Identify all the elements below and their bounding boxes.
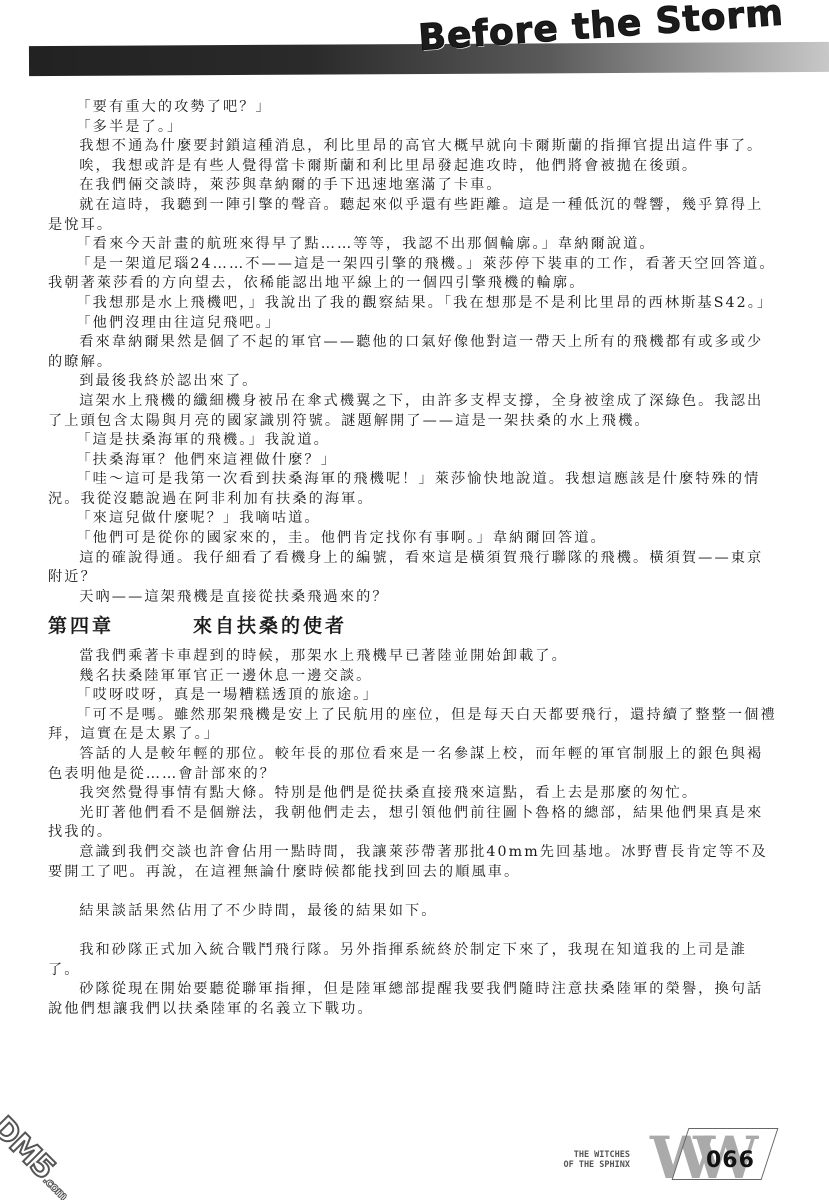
- chapter-title: 來自扶桑的使者: [193, 617, 347, 637]
- paragraph: 當我們乘著卡車趕到的時候，那架水上飛機早已著陸並開始卸載了。: [48, 647, 778, 667]
- series-subtitle: THE WITCHES OF THE SPHINX: [540, 1150, 630, 1170]
- paragraph: 答話的人是較年輕的那位。較年長的那位看來是一名參謀上校，而年輕的軍官制服上的銀色…: [48, 745, 778, 784]
- paragraph: 「他們可是從你的國家來的，圭。他們肯定找你有事啊。」韋納爾回答道。: [48, 529, 778, 549]
- paragraph: 「可不是嗎。雖然那架飛機是安上了民航用的座位，但是每天白天都要飛行，還持續了整整…: [48, 706, 778, 745]
- chapter-number: 第四章: [48, 617, 193, 637]
- page-number: 066: [706, 1148, 755, 1173]
- series-line-2: OF THE SPHINX: [540, 1160, 630, 1170]
- paragraph: 意識到我們交談也許會佔用一點時間，我讓萊莎帶著那批40mm先回基地。冰野曹長肯定…: [48, 843, 778, 882]
- paragraph: 這架水上飛機的纖細機身被吊在傘式機翼之下，由許多支桿支撐，全身被塗成了深綠色。我…: [48, 392, 778, 431]
- paragraph: 我和砂隊正式加入統合戰鬥飛行隊。另外指揮系統終於制定下來了，我現在知道我的上司是…: [48, 941, 778, 980]
- paragraph: 「這是扶桑海軍的飛機。」我說道。: [48, 431, 778, 451]
- paragraph: 砂隊從現在開始要聽從聯軍指揮，但是陸軍總部提醒我要我們隨時注意扶桑陸軍的榮譽，換…: [48, 980, 778, 1019]
- paragraph: 就在這時，我聽到一陣引擎的聲音。聽起來似乎還有些距離。這是一種低沉的聲響，幾乎算…: [48, 196, 778, 235]
- chapter-heading: 第四章 來自扶桑的使者: [48, 617, 778, 637]
- paragraph: 看來韋納爾果然是個了不起的軍官——聽他的口氣好像他對這一帶天上所有的飛機都有或多…: [48, 333, 778, 372]
- paragraph: 到最後我終於認出來了。: [48, 372, 778, 392]
- page-body: 「要有重大的攻勢了吧？」「多半是了。」我想不通為什麼要封鎖這種消息，利比里昂的高…: [48, 98, 778, 1019]
- paragraph: 「扶桑海軍？他們來這裡做什麼？」: [48, 451, 778, 471]
- paragraphs-part1: 「要有重大的攻勢了吧？」「多半是了。」我想不通為什麼要封鎖這種消息，利比里昂的高…: [48, 98, 778, 607]
- paragraphs-part2: 當我們乘著卡車趕到的時候，那架水上飛機早已著陸並開始卸載了。幾名扶桑陸軍軍官正一…: [48, 647, 778, 1019]
- paragraph: 結果談話果然佔用了不少時間，最後的結果如下。: [48, 902, 778, 922]
- paragraph: 「來這兒做什麼呢？」我嘀咕道。: [48, 509, 778, 529]
- paragraph: 這的確說得通。我仔細看了看機身上的編號，看來這是橫須賀飛行聯隊的飛機。橫須賀——…: [48, 549, 778, 588]
- paragraph: 「我想那是水上飛機吧，」我說出了我的觀察結果。「我在想那是不是利比里昂的西林斯基…: [48, 294, 778, 314]
- paragraph: 光盯著他們看不是個辦法，我朝他們走去，想引領他們前往圖卜魯格的總部，結果他們果真…: [48, 804, 778, 843]
- paragraph: 「多半是了。」: [48, 118, 778, 138]
- watermark-suffix: .com: [40, 1173, 70, 1200]
- paragraph: 我突然覺得事情有點大條。特別是他們是從扶桑直接飛來這點，看上去是那麼的匆忙。: [48, 784, 778, 804]
- paragraph: 唉，我想或許是有些人覺得當卡爾斯蘭和利比里昂發起進攻時，他們將會被拋在後頭。: [48, 157, 778, 177]
- paragraph: 「看來今天計畫的航班來得早了點……等等，我認不出那個輪廓。」韋納爾說道。: [48, 235, 778, 255]
- series-line-1: THE WITCHES: [540, 1150, 630, 1160]
- paragraph: 在我們倆交談時，萊莎與韋納爾的手下迅速地塞滿了卡車。: [48, 176, 778, 196]
- paragraph: 「要有重大的攻勢了吧？」: [48, 98, 778, 118]
- paragraph: 「哇～這可是我第一次看到扶桑海軍的飛機呢！」萊莎愉快地說道。我想這應該是什麼特殊…: [48, 470, 778, 509]
- paragraph-gap: [48, 882, 778, 902]
- paragraph: 「他們沒理由往這兒飛吧。」: [48, 314, 778, 334]
- paragraph: 「哎呀哎呀，真是一場糟糕透頂的旅途。」: [48, 686, 778, 706]
- paragraph: 幾名扶桑陸軍軍官正一邊休息一邊交談。: [48, 667, 778, 687]
- paragraph: 天吶——這架飛機是直接從扶桑飛過來的？: [48, 588, 778, 608]
- paragraph: 「是一架道尼瑙24……不——這是一架四引擎的飛機。」萊莎停下裝車的工作，看著天空…: [48, 255, 778, 294]
- paragraph-gap: [48, 921, 778, 941]
- paragraph: 我想不通為什麼要封鎖這種消息，利比里昂的高官大概早就向卡爾斯蘭的指揮官提出這件事…: [48, 137, 778, 157]
- watermark-logo: DM5.com: [0, 1110, 81, 1200]
